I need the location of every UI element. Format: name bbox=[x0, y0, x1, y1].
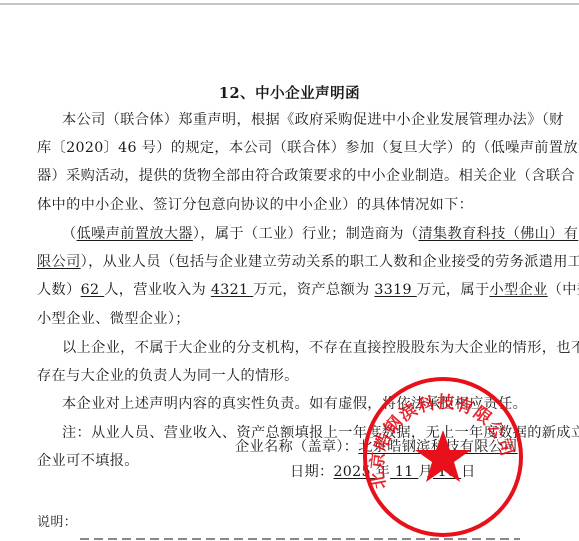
date-label: 日期： bbox=[290, 464, 333, 480]
text: 万元，属于 bbox=[417, 282, 490, 298]
paragraph-1-line-4: 体中的中小企业、签订分包意向协议的中小企业）的具体情况如下： bbox=[37, 195, 542, 215]
year-unit: 年 bbox=[376, 464, 391, 480]
month-unit: 月 bbox=[418, 464, 433, 480]
text: 人数） bbox=[37, 282, 81, 298]
revenue-value: 4321 bbox=[211, 282, 253, 298]
paragraph-4: 本企业对上述声明内容的真实性负责。如有虚假，将依法承担相应责任。 bbox=[62, 394, 567, 414]
paragraph-1-line-1: 本公司（联合体）郑重声明，根据《政府采购促进中小企业发展管理办法》（财 bbox=[62, 110, 567, 130]
paragraph-3-line-1: 以上企业，不属于大企业的分支机构，不存在直接控股股东为大企业的情形，也不 bbox=[62, 338, 567, 358]
paragraph-2-line-3: 人数）62 人，营业收入为 4321 万元，资产总额为 3319 万元，属于小型… bbox=[37, 280, 542, 300]
text: （ bbox=[62, 226, 77, 242]
company-name-label: 企业名称（盖章）： bbox=[235, 439, 358, 455]
paragraph-2-line-2: 限公司），从业人员（包括与企业建立劳动关系的职工人数和企业接受的劳务派遣用工 bbox=[37, 252, 542, 272]
enterprise-type: 小型企业 bbox=[490, 282, 548, 298]
manufacturer-name-cont: 限公司 bbox=[37, 254, 81, 270]
text: 人，营业收入为 bbox=[104, 282, 211, 298]
page-title: 12、中小企业声明函 bbox=[0, 82, 579, 103]
employee-count: 62 bbox=[81, 282, 105, 298]
text: ），从业人员（包括与企业建立劳动关系的职工人数和企业接受的劳务派遣用工 bbox=[81, 254, 579, 270]
text: 万元，资产总额为 bbox=[253, 282, 374, 298]
explanation-text-cutoff bbox=[80, 535, 579, 541]
company-name: 北京晧钢滨科技有限公司 bbox=[358, 439, 517, 455]
date-year: 2025 bbox=[333, 464, 375, 480]
paragraph-1-line-3: 器）采购活动，提供的货物全部由符合政策要求的中小企业制造。相关企业（含联合 bbox=[37, 166, 542, 186]
explanation-label: 说明： bbox=[37, 513, 542, 533]
paragraph-2-line-1: （低噪声前置放大器），属于（工业）行业；制造商为（清集教育科技（佛山）有 bbox=[62, 224, 567, 244]
paragraph-2-line-4: 小型企业、微型企业）； bbox=[37, 309, 542, 329]
company-signature-line: 企业名称（盖章）：北京晧钢滨科技有限公司 bbox=[235, 437, 518, 457]
date-month: 11 bbox=[390, 464, 418, 480]
date-line: 日期：2025 年 11 月 10 日 bbox=[290, 462, 476, 482]
text: （中型企业、 bbox=[548, 282, 579, 298]
paragraph-3-line-2: 存在与大企业的负责人为同一人的情形。 bbox=[37, 366, 542, 386]
manufacturer-name: 清集教育科技（佛山）有 bbox=[418, 226, 578, 242]
text: ），属于（工业）行业；制造商为（ bbox=[193, 226, 419, 242]
assets-value: 3319 bbox=[374, 282, 416, 298]
date-day: 10 bbox=[433, 464, 461, 480]
day-unit: 日 bbox=[461, 464, 476, 480]
document-page: 12、中小企业声明函 本公司（联合体）郑重声明，根据《政府采购促进中小企业发展管… bbox=[0, 0, 579, 541]
paragraph-1-line-2: 库〔2020〕46 号）的规定，本公司（联合体）参加（复旦大学）的（低噪声前置放… bbox=[37, 138, 542, 158]
product-name: 低噪声前置放大器 bbox=[77, 226, 193, 242]
